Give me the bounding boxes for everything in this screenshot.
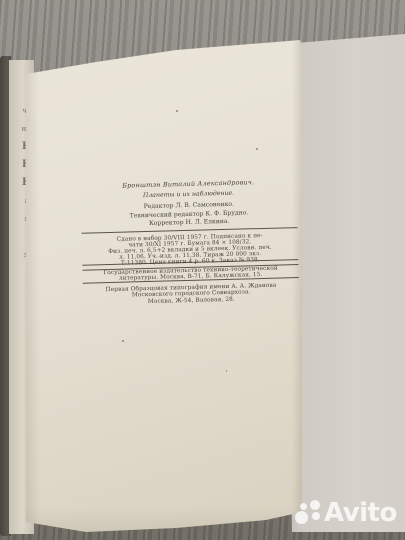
avito-watermark: Avito — [287, 497, 405, 537]
dust-speck — [176, 110, 178, 112]
colophon-text-block: Бронштэн Виталий Александрович. Планеты … — [21, 37, 310, 536]
avito-watermark-label: Avito — [324, 498, 397, 528]
printing-house-block: Первая Образцовая типография имени А. А.… — [71, 282, 311, 307]
dust-speck — [226, 370, 227, 372]
dust-speck — [122, 340, 124, 342]
avito-logo-circle-icon — [300, 503, 307, 510]
colophon-page: Бронштэн Виталий Александрович. Планеты … — [26, 40, 302, 532]
dust-speck — [256, 148, 258, 150]
avito-logo-circle-icon — [295, 511, 308, 524]
underlying-right-page — [284, 34, 405, 532]
book-photo: чт ни К К К а, я, е зв ь Бронштэн Витали… — [0, 0, 405, 540]
avito-logo-circle-icon — [310, 500, 320, 510]
avito-logo-circle-icon — [312, 512, 320, 520]
